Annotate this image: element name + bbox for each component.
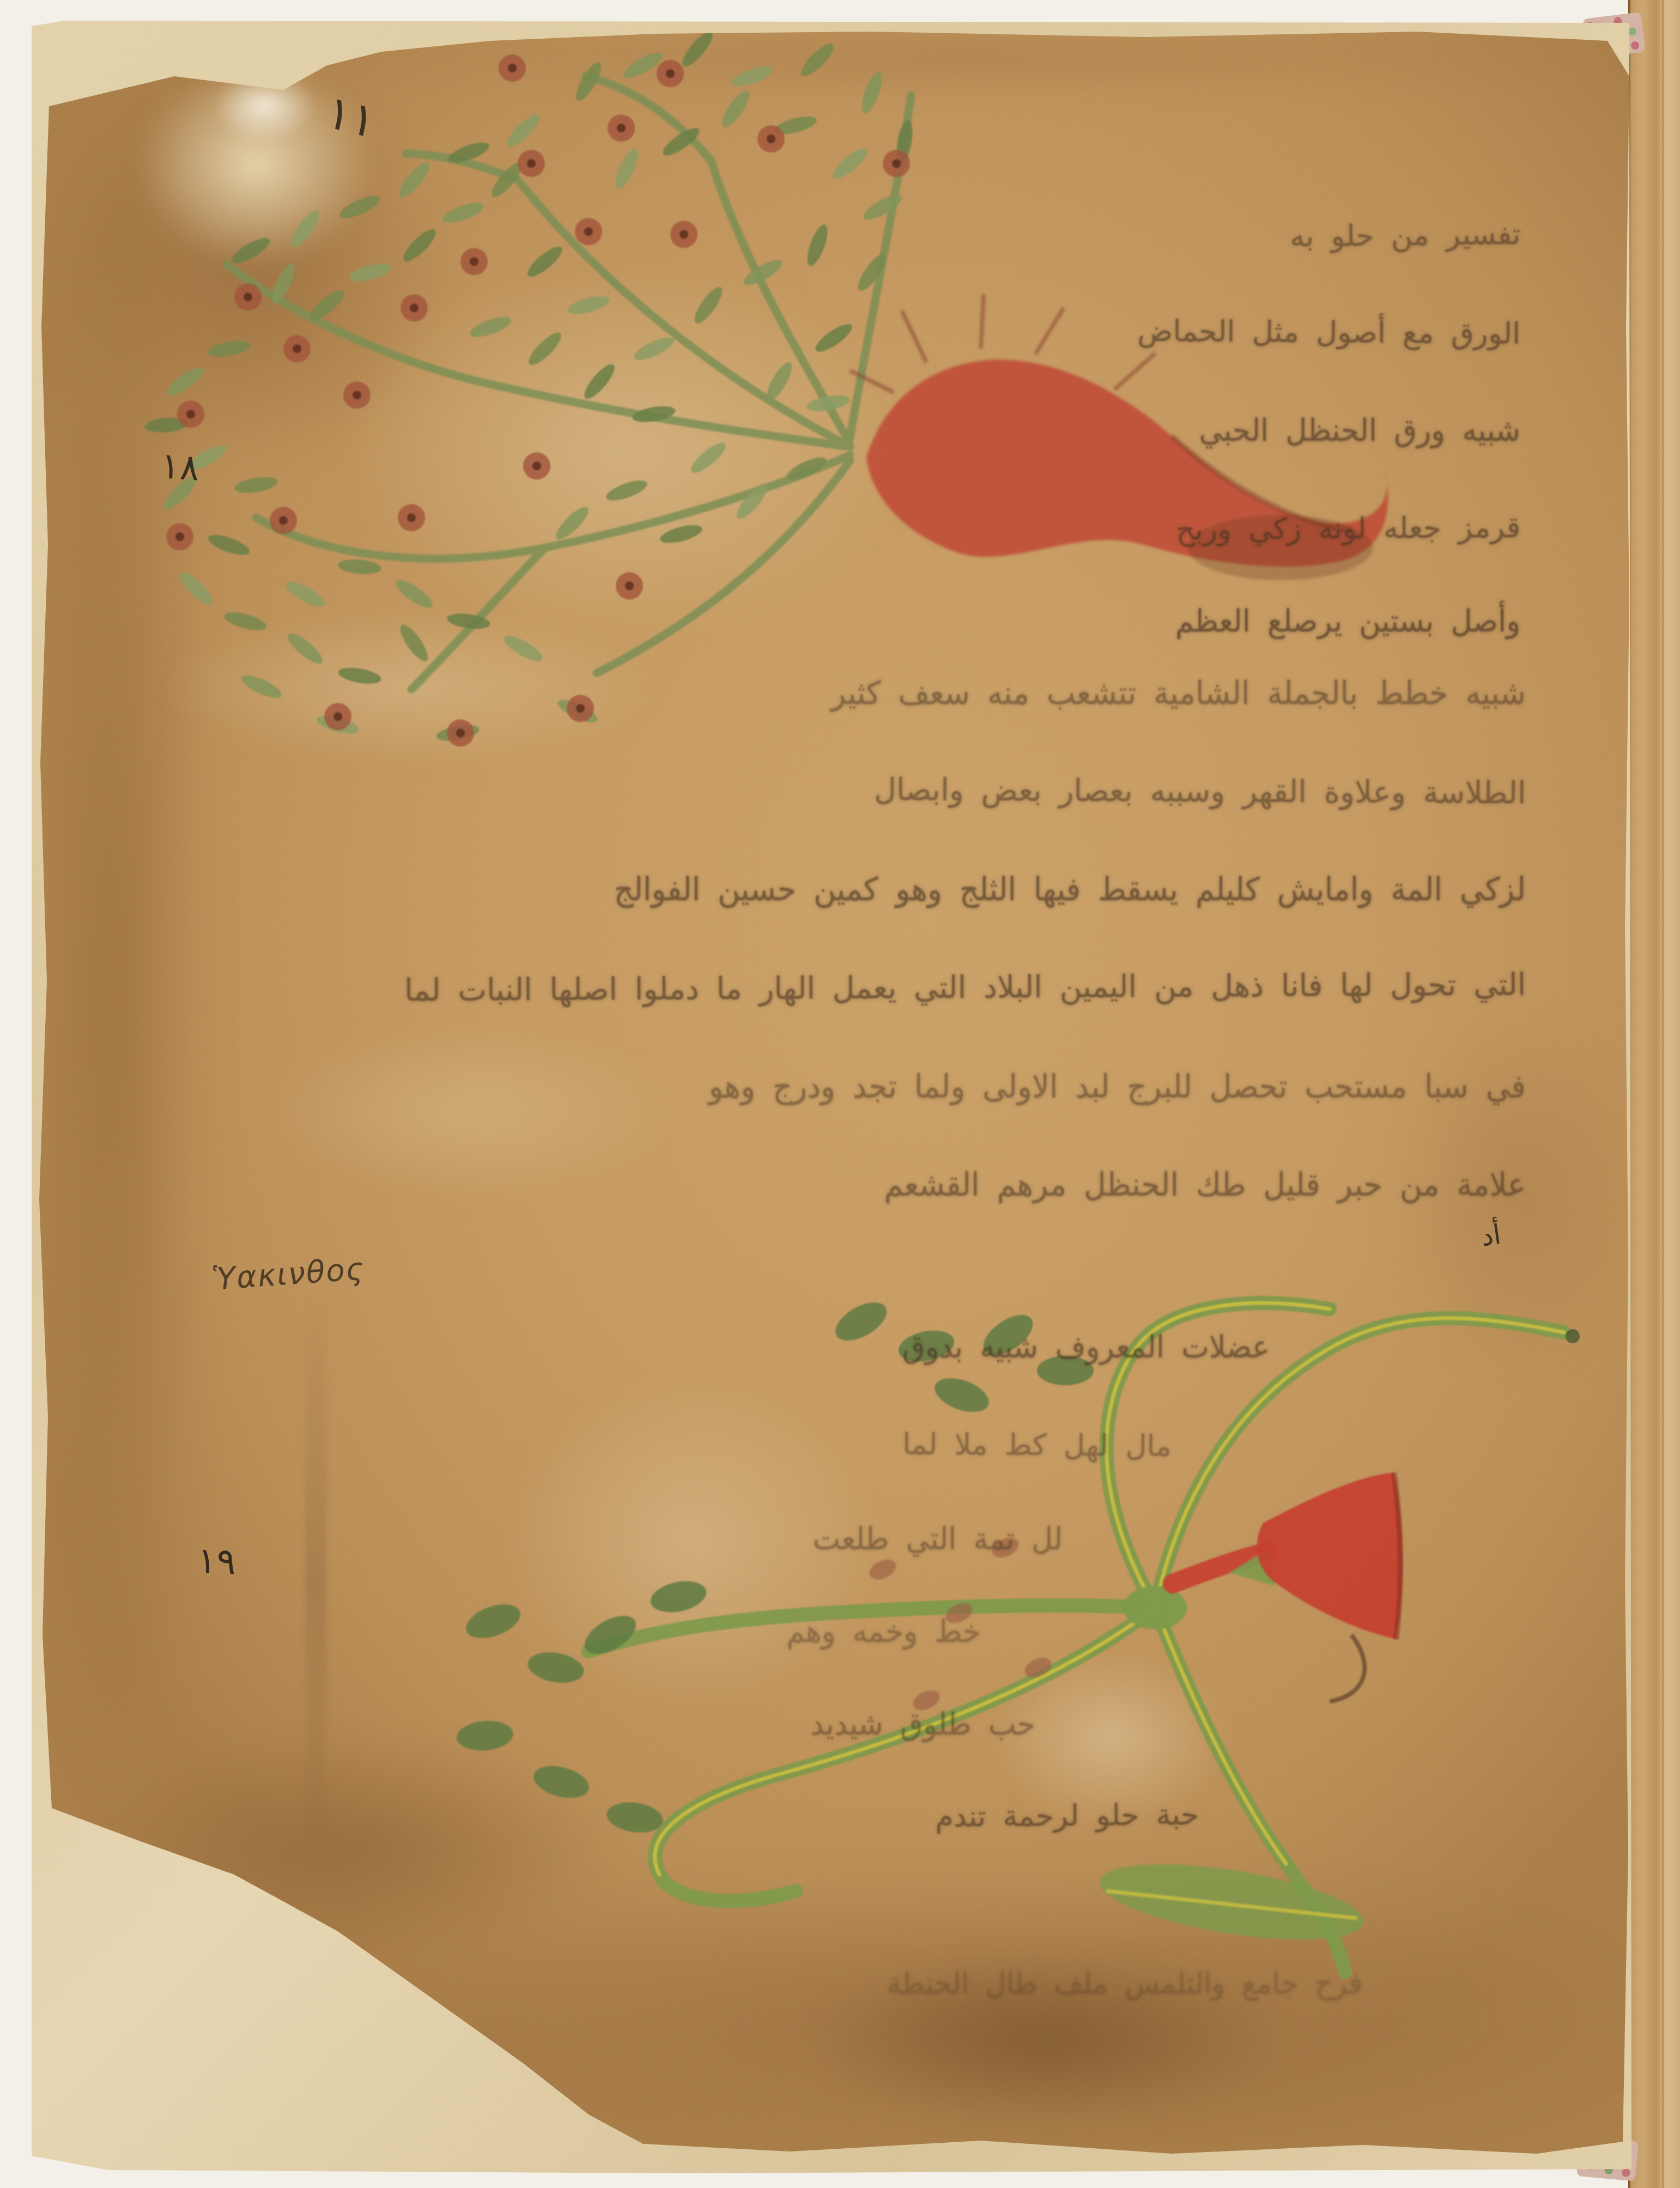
manuscript-scan: تفسير من حلو به الورق مع أصول مثل الحماض… — [0, 0, 1680, 2188]
arabic-text-line: في سبا مستحب تحصل للبرج لبد الاولى ولما … — [708, 1068, 1526, 1105]
plant-stems — [589, 1303, 1564, 1972]
book-gutter — [1628, 0, 1680, 2188]
arabic-text-line: شبيه ورق الحنظل الحبي — [1199, 412, 1520, 448]
entry-number-19: ١٩ — [197, 1540, 237, 1583]
arabic-text-line: لزكي المة وامايش كليلم يسقط فيها الثلج و… — [614, 871, 1526, 908]
gutter-fold-line — [1662, 0, 1664, 2188]
arabic-text-line: خط وخمه وهم — [786, 1613, 981, 1649]
arabic-text-line: تفسير من حلو به — [1289, 217, 1520, 253]
arabic-text-line: الورق مع أصول مثل الحماض — [1137, 314, 1520, 351]
arabic-text-line: حبة حلو لرحمة تندم — [935, 1797, 1199, 1834]
stem-tip — [1566, 1329, 1580, 1343]
arabic-text-line: الطلاسة وعلاوة القهر وسببه بعصار بعض واب… — [874, 772, 1526, 811]
arabic-text-line: التي تحول لها فانا ذهل من اليمين البلاد … — [404, 967, 1526, 1009]
arabic-text-line: عضلات المعروف شبيه بدوق — [902, 1329, 1270, 1365]
arabic-text-line: فرح جامع والتلمس ملف طال الحنطة — [887, 1967, 1362, 2001]
plant-leaves — [456, 1295, 1094, 1836]
arabic-text-line: حب طلوق شيديد — [810, 1706, 1035, 1742]
arabic-text-line: لل تمة التي طلعت — [812, 1520, 1063, 1556]
manuscript-fragment: تفسير من حلو به الورق مع أصول مثل الحماض… — [0, 0, 1680, 2188]
plant-stem-node — [1124, 1586, 1187, 1629]
arabic-text-line: مال لهل كط ملا لما — [902, 1427, 1172, 1463]
entry-number-18: ١٨ — [159, 445, 201, 489]
arabic-text-line: وأصل بستين يرصلع العظم — [1175, 603, 1520, 639]
arabic-text-line: قرمز جعله لونه زكي وربح — [1175, 510, 1520, 547]
arabic-text-line: علامة من حبر قليل طك الحنظل مرهم القشعم — [884, 1166, 1526, 1203]
trumpet-flower — [1173, 1472, 1403, 1701]
arabic-text-line: شبيه خطط بالجملة الشامية تتشعب منه سعف ك… — [831, 675, 1526, 712]
